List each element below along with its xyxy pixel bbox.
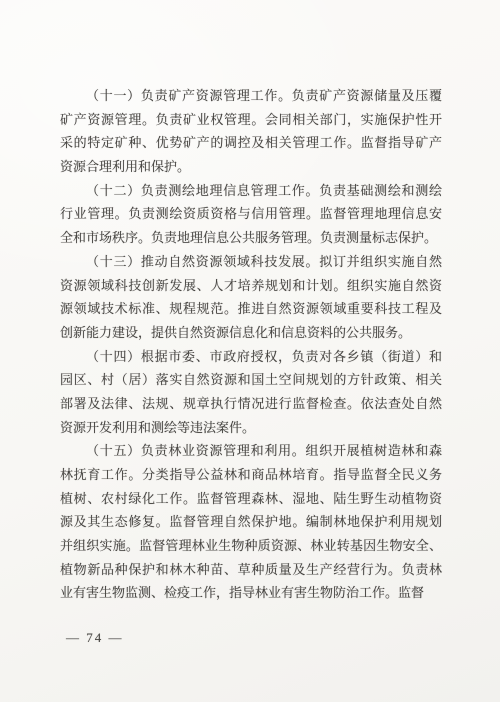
text-line: 林抚育工作。分类指导公益林和商品林培育。指导监督全民义务 (60, 463, 442, 487)
text-line: 业有害生物监测、检疫工作，指导林业有害生物防治工作。监督 (60, 581, 442, 605)
text-line: 并组织实施。监督管理林业生物种质资源、林业转基因生物安全、 (60, 534, 442, 558)
text-line: 采的特定矿种、优势矿产的调控及相关管理工作。监督指导矿产 (60, 131, 442, 155)
text-line: 全和市场秩序。负责地理信息公共服务管理。负责测量标志保护。 (60, 226, 442, 250)
text-line: 源领域技术标准、规程规范。推进自然资源领域重要科技工程及 (60, 297, 442, 321)
text-line: （十一）负责矿产资源管理工作。负责矿产资源储量及压覆 (60, 84, 442, 108)
text-line: 资源合理利用和保护。 (60, 155, 442, 179)
text-line: 资源领域科技创新发展、人才培养规划和计划。组织实施自然资 (60, 274, 442, 298)
text-line: （十五）负责林业资源管理和利用。组织开展植树造林和森 (60, 439, 442, 463)
document-page: （十一）负责矿产资源管理工作。负责矿产资源储量及压覆矿产资源管理。负责矿业权管理… (0, 0, 500, 702)
text-line: （十三）推动自然资源领域科技发展。拟订并组织实施自然 (60, 250, 442, 274)
text-line: 创新能力建设，提供自然资源信息化和信息资料的公共服务。 (60, 321, 442, 345)
text-line: 部署及法律、法规、规章执行情况进行监督检查。依法查处自然 (60, 392, 442, 416)
page-number: — 74 — (66, 629, 124, 646)
text-line: 资源开发利用和测绘等违法案件。 (60, 416, 442, 440)
text-line: 植物新品种保护和林木种苗、草种质量及生产经营行为。负责林 (60, 558, 442, 582)
text-line: 行业管理。负责测绘资质资格与信用管理。监督管理地理信息安 (60, 202, 442, 226)
text-line: 植树、农村绿化工作。监督管理森林、湿地、陆生野生动植物资 (60, 487, 442, 511)
text-line: （十二）负责测绘地理信息管理工作。负责基础测绘和测绘 (60, 179, 442, 203)
text-line: 矿产资源管理。负责矿业权管理。会同相关部门，实施保护性开 (60, 108, 442, 132)
text-line: （十四）根据市委、市政府授权，负责对各乡镇（街道）和 (60, 345, 442, 369)
document-body: （十一）负责矿产资源管理工作。负责矿产资源储量及压覆矿产资源管理。负责矿业权管理… (60, 84, 442, 605)
text-line: 源及其生态修复。监督管理自然保护地。编制林地保护利用规划 (60, 510, 442, 534)
text-line: 园区、村（居）落实自然资源和国土空间规划的方针政策、相关 (60, 368, 442, 392)
